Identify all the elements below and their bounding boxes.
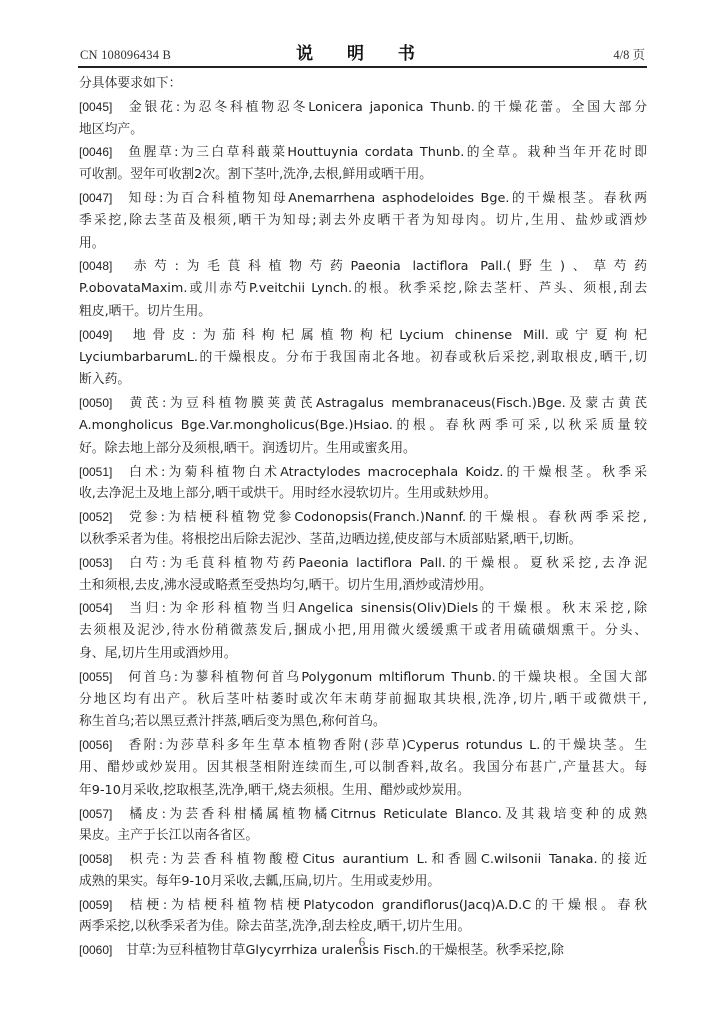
paragraph-line: 果皮。主产于长江以南各省区。 <box>79 825 647 848</box>
paragraph-line: 年9-10月采收,挖取根茎,洗净,晒干,烧去须根。生用、醋炒或炒炭用。 <box>79 780 647 803</box>
paragraph-line: 去须根及泥沙,待水份稍微蒸发后,捆成小把,用用微火缓缓熏干或者用硫磺烟熏干。分头… <box>79 620 647 643</box>
paragraph-number: [0058] <box>79 848 126 871</box>
paragraph-text: 两季采挖,以秋季采者为佳。除去苗茎,洗净,刮去栓皮,晒干,切片生用。 <box>79 919 470 934</box>
paragraph-line: [0050]黄芪:为豆科植物膜荚黄芪Astragalus membranaceu… <box>79 392 647 415</box>
paragraph-text: 白术:为菊科植物白术Atractylodes macrocephala Koid… <box>126 465 647 480</box>
paragraph-line: [0059]桔梗:为桔梗科植物桔梗Platycodon grandiflorus… <box>79 894 647 917</box>
paragraph-line: 可收割。翌年可收割2次。割下茎叶,洗净,去根,鲜用或晒干用。 <box>79 164 647 187</box>
paragraph-line: [0052]党参:为桔梗科植物党参Codonopsis(Franch.)Nann… <box>79 506 647 529</box>
paragraph-text: 收,去净泥土及地上部分,晒干或烘干。用时经水浸软切片。生用或麸炒用。 <box>79 486 497 501</box>
paragraph-text: A.mongholicus Bge.Var.mongholicus(Bge.)H… <box>79 418 647 433</box>
paragraph-text: 用。 <box>79 236 105 251</box>
paragraph-number: [0055] <box>79 666 126 689</box>
paragraph-line: 用、醋炒或炒炭用。因其根茎相附连续而生,可以制香料,故名。我国分布甚广,产量甚大… <box>79 757 647 780</box>
paragraph-number: [0052] <box>79 506 126 529</box>
paragraph-line: [0055]何首乌:为蓼科植物何首乌Polygonum mltiflorum T… <box>79 666 647 689</box>
paragraph-number: [0048] <box>79 255 126 278</box>
paragraph-text: 当归:为伞形科植物当归Angelica sinensis(Oliv)Diels的… <box>126 601 647 616</box>
paragraph-text: 枳壳:为芸香科植物酸橙Citus aurantium L.和香圆C.wilson… <box>126 852 647 867</box>
paragraph-text: 黄芪:为豆科植物膜荚黄芪Astragalus membranaceus(Fisc… <box>126 396 647 411</box>
paragraph-text: 桔梗:为桔梗科植物桔梗Platycodon grandiflorus(Jacq)… <box>126 898 647 913</box>
paragraph-number: [0053] <box>79 552 126 575</box>
page-number: 6 <box>0 934 724 950</box>
paragraph-line: 断入药。 <box>79 369 647 392</box>
paragraph-text: 党参:为桔梗科植物党参Codonopsis(Franch.)Nannf.的干燥根… <box>126 510 647 525</box>
paragraph-line: 土和须根,去皮,沸水浸或略煮至受热均匀,晒干。切片生用,酒炒或清炒用。 <box>79 575 647 598</box>
paragraph-text: 粗皮,晒干。切片生用。 <box>79 304 211 319</box>
paragraph-text: 赤芍:为毛茛科植物芍药Paeonia lactiflora Pall.(野生)、… <box>126 259 647 274</box>
paragraph-number: [0050] <box>79 392 126 415</box>
paragraph-line: [0057]橘皮:为芸香科柑橘属植物橘Citrnus Reticulate Bl… <box>79 803 647 826</box>
paragraph-line: 粗皮,晒干。切片生用。 <box>79 301 647 324</box>
paragraph-line: 用。 <box>79 233 647 256</box>
paragraph-text: 可收割。翌年可收割2次。割下茎叶,洗净,去根,鲜用或晒干用。 <box>79 167 432 182</box>
document-body: 分具体要求如下： [0045]金银花:为忍冬科植物忍冬Lonicera japo… <box>79 73 647 962</box>
paragraph-text: 金银花:为忍冬科植物忍冬Lonicera japonica Thunb.的干燥花… <box>126 100 647 115</box>
paragraph-line: [0058]枳壳:为芸香科植物酸橙Citus aurantium L.和香圆C.… <box>79 848 647 871</box>
paragraph-number: [0049] <box>79 324 126 347</box>
document-title: 说 明 书 <box>78 39 647 64</box>
paragraph-text: 年9-10月采收,挖取根茎,洗净,晒干,烧去须根。生用、醋炒或炒炭用。 <box>79 783 470 798</box>
paragraph-number: [0046] <box>79 141 126 164</box>
paragraph-line: 成熟的果实。每年9-10月采收,去瓤,压扁,切片。生用或麦炒用。 <box>79 871 647 894</box>
paragraph-text: 好。除去地上部分及须根,晒干。润透切片。生用或蜜炙用。 <box>79 441 416 456</box>
paragraph-text: 香附:为莎草科多年生草本植物香附(莎草)Cyperus rotundus L.的… <box>126 738 647 753</box>
paragraph-number: [0056] <box>79 734 126 757</box>
paragraph-line: [0054]当归:为伞形科植物当归Angelica sinensis(Oliv)… <box>79 597 647 620</box>
paragraph-text: 季采挖,除去茎苗及根须,晒干为知母;剥去外皮晒干者为知母肉。切片,生用、盐炒或酒… <box>79 213 647 228</box>
page-of-total: 4/8 页 <box>613 45 645 63</box>
paragraph-text: LyciumbarbarumL.的干燥根皮。分布于我国南北各地。初春或秋后采挖,… <box>79 350 647 365</box>
paragraph-number: [0059] <box>79 894 126 917</box>
paragraph-line: [0045]金银花:为忍冬科植物忍冬Lonicera japonica Thun… <box>79 96 647 119</box>
paragraph-text: 用、醋炒或炒炭用。因其根茎相附连续而生,可以制香料,故名。我国分布甚广,产量甚大… <box>79 760 647 775</box>
paragraph-line: [0049]地骨皮:为茄科枸杞属植物枸杞Lycium chinense Mill… <box>79 324 647 347</box>
paragraph-text: 果皮。主产于长江以南各省区。 <box>79 828 258 843</box>
paragraph-line: [0056]香附:为莎草科多年生草本植物香附(莎草)Cyperus rotund… <box>79 734 647 757</box>
paragraph-text: 以秋季采者为佳。将根挖出后除去泥沙、茎苗,边晒边搓,使皮部与木质部贴紧,晒干,切… <box>79 532 582 547</box>
paragraph-text: 去须根及泥沙,待水份稍微蒸发后,捆成小把,用用微火缓缓熏干或者用硫磺烟熏干。分头… <box>79 623 647 638</box>
paragraph-number: [0054] <box>79 597 126 620</box>
paragraph-text: 地区均产。 <box>79 122 143 137</box>
paragraph-line: 地区均产。 <box>79 119 647 142</box>
paragraph-line: 分地区均有出产。秋后茎叶枯萎时或次年末萌芽前掘取其块根,洗净,切片,晒干或微烘干… <box>79 689 647 712</box>
page-header: CN 108096434 B 说 明 书 4/8 页 <box>78 38 647 68</box>
paragraph-text: 断入药。 <box>79 372 130 387</box>
paragraph-text: 分地区均有出产。秋后茎叶枯萎时或次年末萌芽前掘取其块根,洗净,切片,晒干或微烘干… <box>79 692 647 707</box>
paragraph-line: 身、尾,切片生用或酒炒用。 <box>79 643 647 666</box>
paragraph-line: [0047]知母:为百合科植物知母Anemarrhena asphodeloid… <box>79 187 647 210</box>
paragraph-number: [0051] <box>79 461 126 484</box>
paragraph-line: [0046]鱼腥草:为三白草科蕺菜Houttuynia cordata Thun… <box>79 141 647 164</box>
paragraph-line: 季采挖,除去茎苗及根须,晒干为知母;剥去外皮晒干者为知母肉。切片,生用、盐炒或酒… <box>79 210 647 233</box>
paragraph-line: 好。除去地上部分及须根,晒干。润透切片。生用或蜜炙用。 <box>79 438 647 461</box>
paragraph-line: [0048]赤芍:为毛茛科植物芍药Paeonia lactiflora Pall… <box>79 255 647 278</box>
paragraph-line: [0053]白芍:为毛茛科植物芍药Paeonia lactiflora Pall… <box>79 552 647 575</box>
paragraph-text: 地骨皮:为茄科枸杞属植物枸杞Lycium chinense Mill.或宁夏枸杞 <box>126 328 647 343</box>
paragraph-text: 白芍:为毛茛科植物芍药Paeonia lactiflora Pall.的干燥根。… <box>126 556 647 571</box>
paragraph-number: [0057] <box>79 803 126 826</box>
paragraph-text: 知母:为百合科植物知母Anemarrhena asphodeloides Bge… <box>126 191 647 206</box>
paragraph-line: 以秋季采者为佳。将根挖出后除去泥沙、茎苗,边晒边搓,使皮部与木质部贴紧,晒干,切… <box>79 529 647 552</box>
paragraph-line: 称生首乌;若以黑豆煮汁拌蒸,晒后变为黑色,称何首乌。 <box>79 711 647 734</box>
paragraph-text: 橘皮:为芸香科柑橘属植物橘Citrnus Reticulate Blanco.及… <box>126 807 647 822</box>
paragraph-text: 何首乌:为蓼科植物何首乌Polygonum mltiflorum Thunb.的… <box>126 670 647 685</box>
paragraph-line: 收,去净泥土及地上部分,晒干或烘干。用时经水浸软切片。生用或麸炒用。 <box>79 483 647 506</box>
paragraph-text: 称生首乌;若以黑豆煮汁拌蒸,晒后变为黑色,称何首乌。 <box>79 714 386 729</box>
paragraph-number: [0045] <box>79 96 126 119</box>
paragraph-line: P.obovataMaxim.或川赤芍P.veitchii Lynch.的根。秋… <box>79 278 647 301</box>
paragraph-number: [0047] <box>79 187 126 210</box>
paragraph-line: LyciumbarbarumL.的干燥根皮。分布于我国南北各地。初春或秋后采挖,… <box>79 347 647 370</box>
paragraph-text: 身、尾,切片生用或酒炒用。 <box>79 646 237 661</box>
paragraph-text: P.obovataMaxim.或川赤芍P.veitchii Lynch.的根。秋… <box>79 281 647 296</box>
paragraph-text: 成熟的果实。每年9-10月采收,去瓤,压扁,切片。生用或麦炒用。 <box>79 874 440 889</box>
paragraph-line: A.mongholicus Bge.Var.mongholicus(Bge.)H… <box>79 415 647 438</box>
paragraph-line: [0051]白术:为菊科植物白术Atractylodes macrocephal… <box>79 461 647 484</box>
paragraph-text: 鱼腥草:为三白草科蕺菜Houttuynia cordata Thunb.的全草。… <box>126 145 647 160</box>
paragraph-text: 土和须根,去皮,沸水浸或略煮至受热均匀,晒干。切片生用,酒炒或清炒用。 <box>79 578 492 593</box>
intro-line: 分具体要求如下： <box>79 73 647 96</box>
